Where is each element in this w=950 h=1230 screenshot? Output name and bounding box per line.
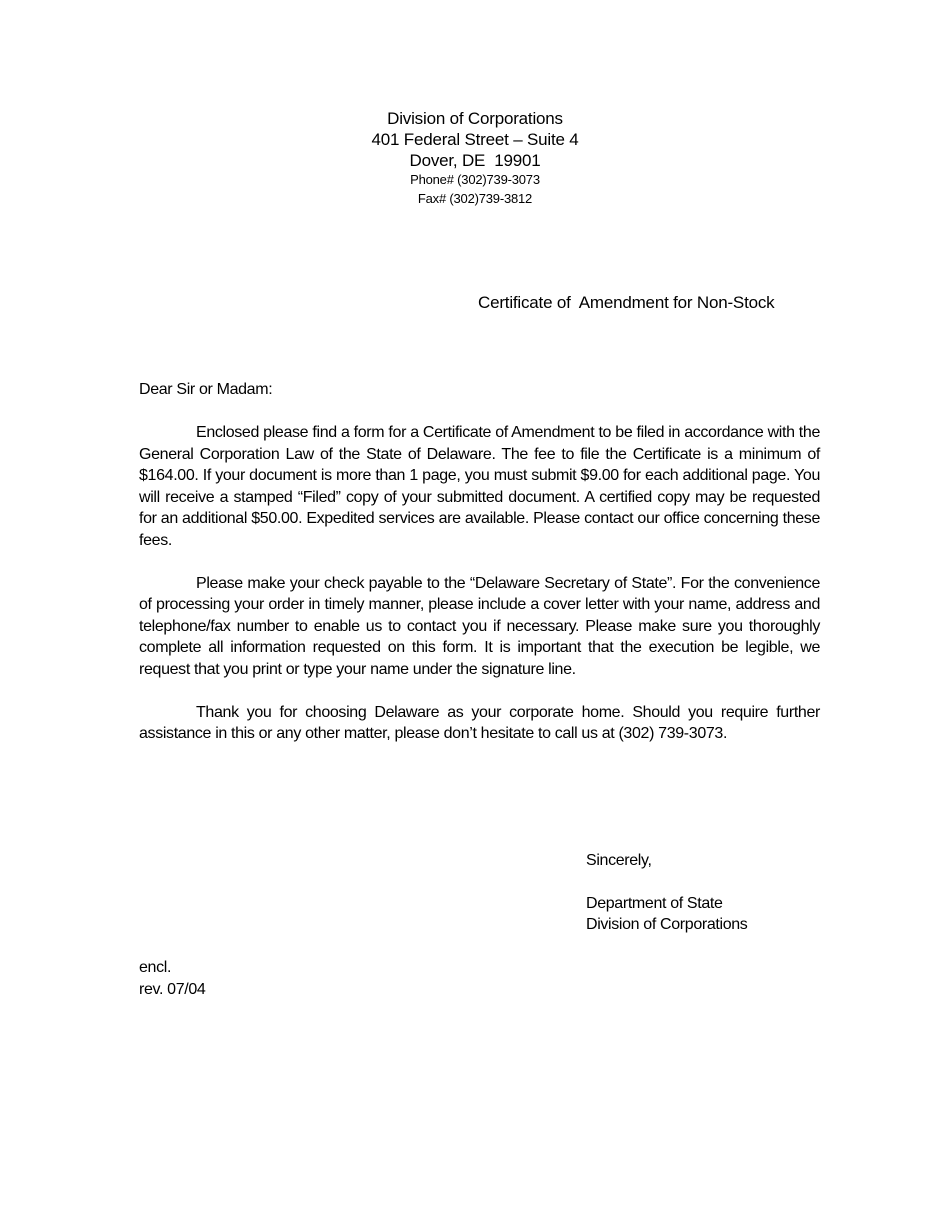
letter-body: Dear Sir or Madam: Enclosed please find … xyxy=(139,379,820,1000)
salutation: Dear Sir or Madam: xyxy=(139,379,820,401)
revision-note: rev. 07/04 xyxy=(139,979,820,1001)
body-paragraph-check-instructions: Please make your check payable to the “D… xyxy=(139,573,820,681)
signature-block: Sincerely, Department of State Division … xyxy=(586,850,820,936)
body-paragraph-thank-you: Thank you for choosing Delaware as your … xyxy=(139,702,820,745)
subject-line: Certificate of Amendment for Non-Stock xyxy=(478,292,774,314)
letterhead-phone: Phone# (302)739-3073 xyxy=(0,171,950,190)
letterhead-city-state-zip: Dover, DE 19901 xyxy=(0,150,950,171)
letterhead-fax: Fax# (302)739-3812 xyxy=(0,190,950,209)
letterhead-division: Division of Corporations xyxy=(0,108,950,129)
body-paragraph-fees: Enclosed please find a form for a Certif… xyxy=(139,422,820,551)
enclosure-note: encl. xyxy=(139,957,820,979)
closing: Sincerely, xyxy=(586,850,820,872)
footer: encl. rev. 07/04 xyxy=(139,957,820,1000)
signature-line-division: Division of Corporations xyxy=(586,914,820,936)
letterhead: Division of Corporations 401 Federal Str… xyxy=(0,108,950,208)
signature-lines: Department of State Division of Corporat… xyxy=(586,893,820,936)
letter-page: Division of Corporations 401 Federal Str… xyxy=(0,0,950,1230)
letterhead-street: 401 Federal Street – Suite 4 xyxy=(0,129,950,150)
signature-line-department: Department of State xyxy=(586,893,820,915)
